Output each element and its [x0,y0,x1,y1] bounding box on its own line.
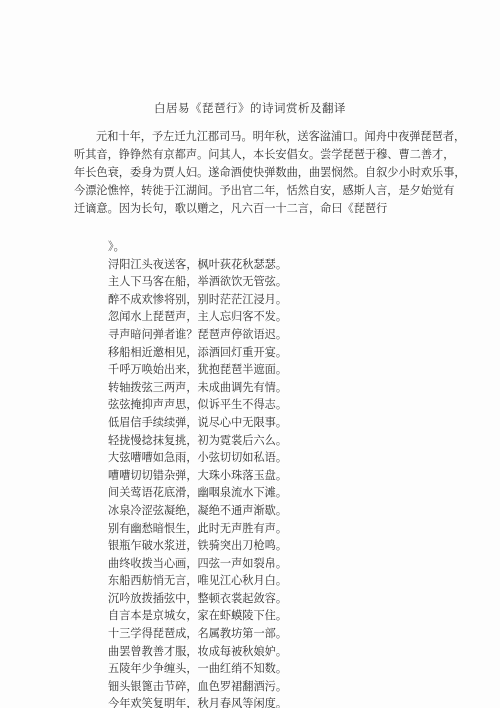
poem-line: 忽闻水上琵琶声，主人忘归客不发。 [108,308,287,326]
preface-line: 元和十年，予左迁九江郡司马。明年秋，送客湓浦口。闻舟中夜弹琵琶者， [74,128,436,146]
preface-paragraph: 元和十年，予左迁九江郡司马。明年秋，送客湓浦口。闻舟中夜弹琵琶者， 听其音，铮铮… [74,128,436,218]
poem-line: 银瓶乍破水浆迸，铁骑突出刀枪鸣。 [108,537,287,555]
poem-line: 沉吟放拨插弦中，整顿衣裳起敛容。 [108,590,287,608]
poem-line: 大弦嘈嘈如急雨，小弦切切如私语。 [108,449,287,467]
document-page: 白居易《琵琶行》的诗词赏析及翻译 元和十年，予左迁九江郡司马。明年秋，送客湓浦口… [0,0,500,708]
poem-line: 主人下马客在船，举酒欲饮无管弦。 [108,273,287,291]
poem-line: 嘈嘈切切错杂弹，大珠小珠落玉盘。 [108,467,287,485]
preface-line: 年长色衰，委身为贾人妇。遂命酒使快弹数曲，曲罢悯然。自叙少小时欢乐事， [74,164,436,182]
poem-line: 移船相近邀相见，添酒回灯重开宴。 [108,344,287,362]
poem-line: 浔阳江头夜送客，枫叶荻花秋瑟瑟。 [108,256,287,274]
preface-line: 听其音，铮铮然有京都声。问其人，本长安倡女。尝学琵琶于穆、曹二善才， [74,146,436,164]
poem-line: 弦弦掩抑声声思，似诉平生不得志。 [108,396,287,414]
poem-body: 》。 浔阳江头夜送客，枫叶荻花秋瑟瑟。 主人下马客在船，举酒欲饮无管弦。 醉不成… [108,238,287,708]
preface-line: 迁谪意。因为长句，歌以赠之，凡六百一十二言，命曰《琵琶行 [74,200,436,218]
poem-line: 千呼万唤始出来，犹抱琵琶半遮面。 [108,361,287,379]
poem-line: 今年欢笑复明年，秋月春风等闲度。 [108,695,287,708]
poem-line: 曲终收拨当心画，四弦一声如裂帛。 [108,555,287,573]
poem-line: 别有幽愁暗恨生，此时无声胜有声。 [108,520,287,538]
poem-line: 曲罢曾教善才服，妆成每被秋娘妒。 [108,643,287,661]
poem-line: 自言本是京城女，家在虾蟆陵下住。 [108,607,287,625]
poem-line: 五陵年少争缠头，一曲红绡不知数。 [108,660,287,678]
poem-line: 东船西舫悄无言，唯见江心秋月白。 [108,572,287,590]
poem-line: 低眉信手续续弹，说尽心中无限事。 [108,414,287,432]
poem-line: 寻声暗问弹者谁？琵琶声停欲语迟。 [108,326,287,344]
poem-line: 冰泉冷涩弦凝绝，凝绝不通声渐歇。 [108,502,287,520]
poem-line: 醉不成欢惨将别，别时茫茫江浸月。 [108,291,287,309]
preface-closing: 》。 [108,238,287,256]
poem-line: 十三学得琵琶成，名属教坊第一部。 [108,625,287,643]
poem-line: 间关莺语花底滑，幽咽泉流水下滩。 [108,484,287,502]
preface-line: 今漂沦憔悴，转徙于江湖间。予出官二年，恬然自安，感斯人言，是夕始觉有 [74,182,436,200]
poem-line: 轻拢慢捻抹复挑，初为霓裳后六么。 [108,432,287,450]
poem-line: 钿头银篦击节碎，血色罗裙翻酒污。 [108,678,287,696]
document-title: 白居易《琵琶行》的诗词赏析及翻译 [0,100,500,116]
poem-line: 转轴拨弦三两声，未成曲调先有情。 [108,379,287,397]
